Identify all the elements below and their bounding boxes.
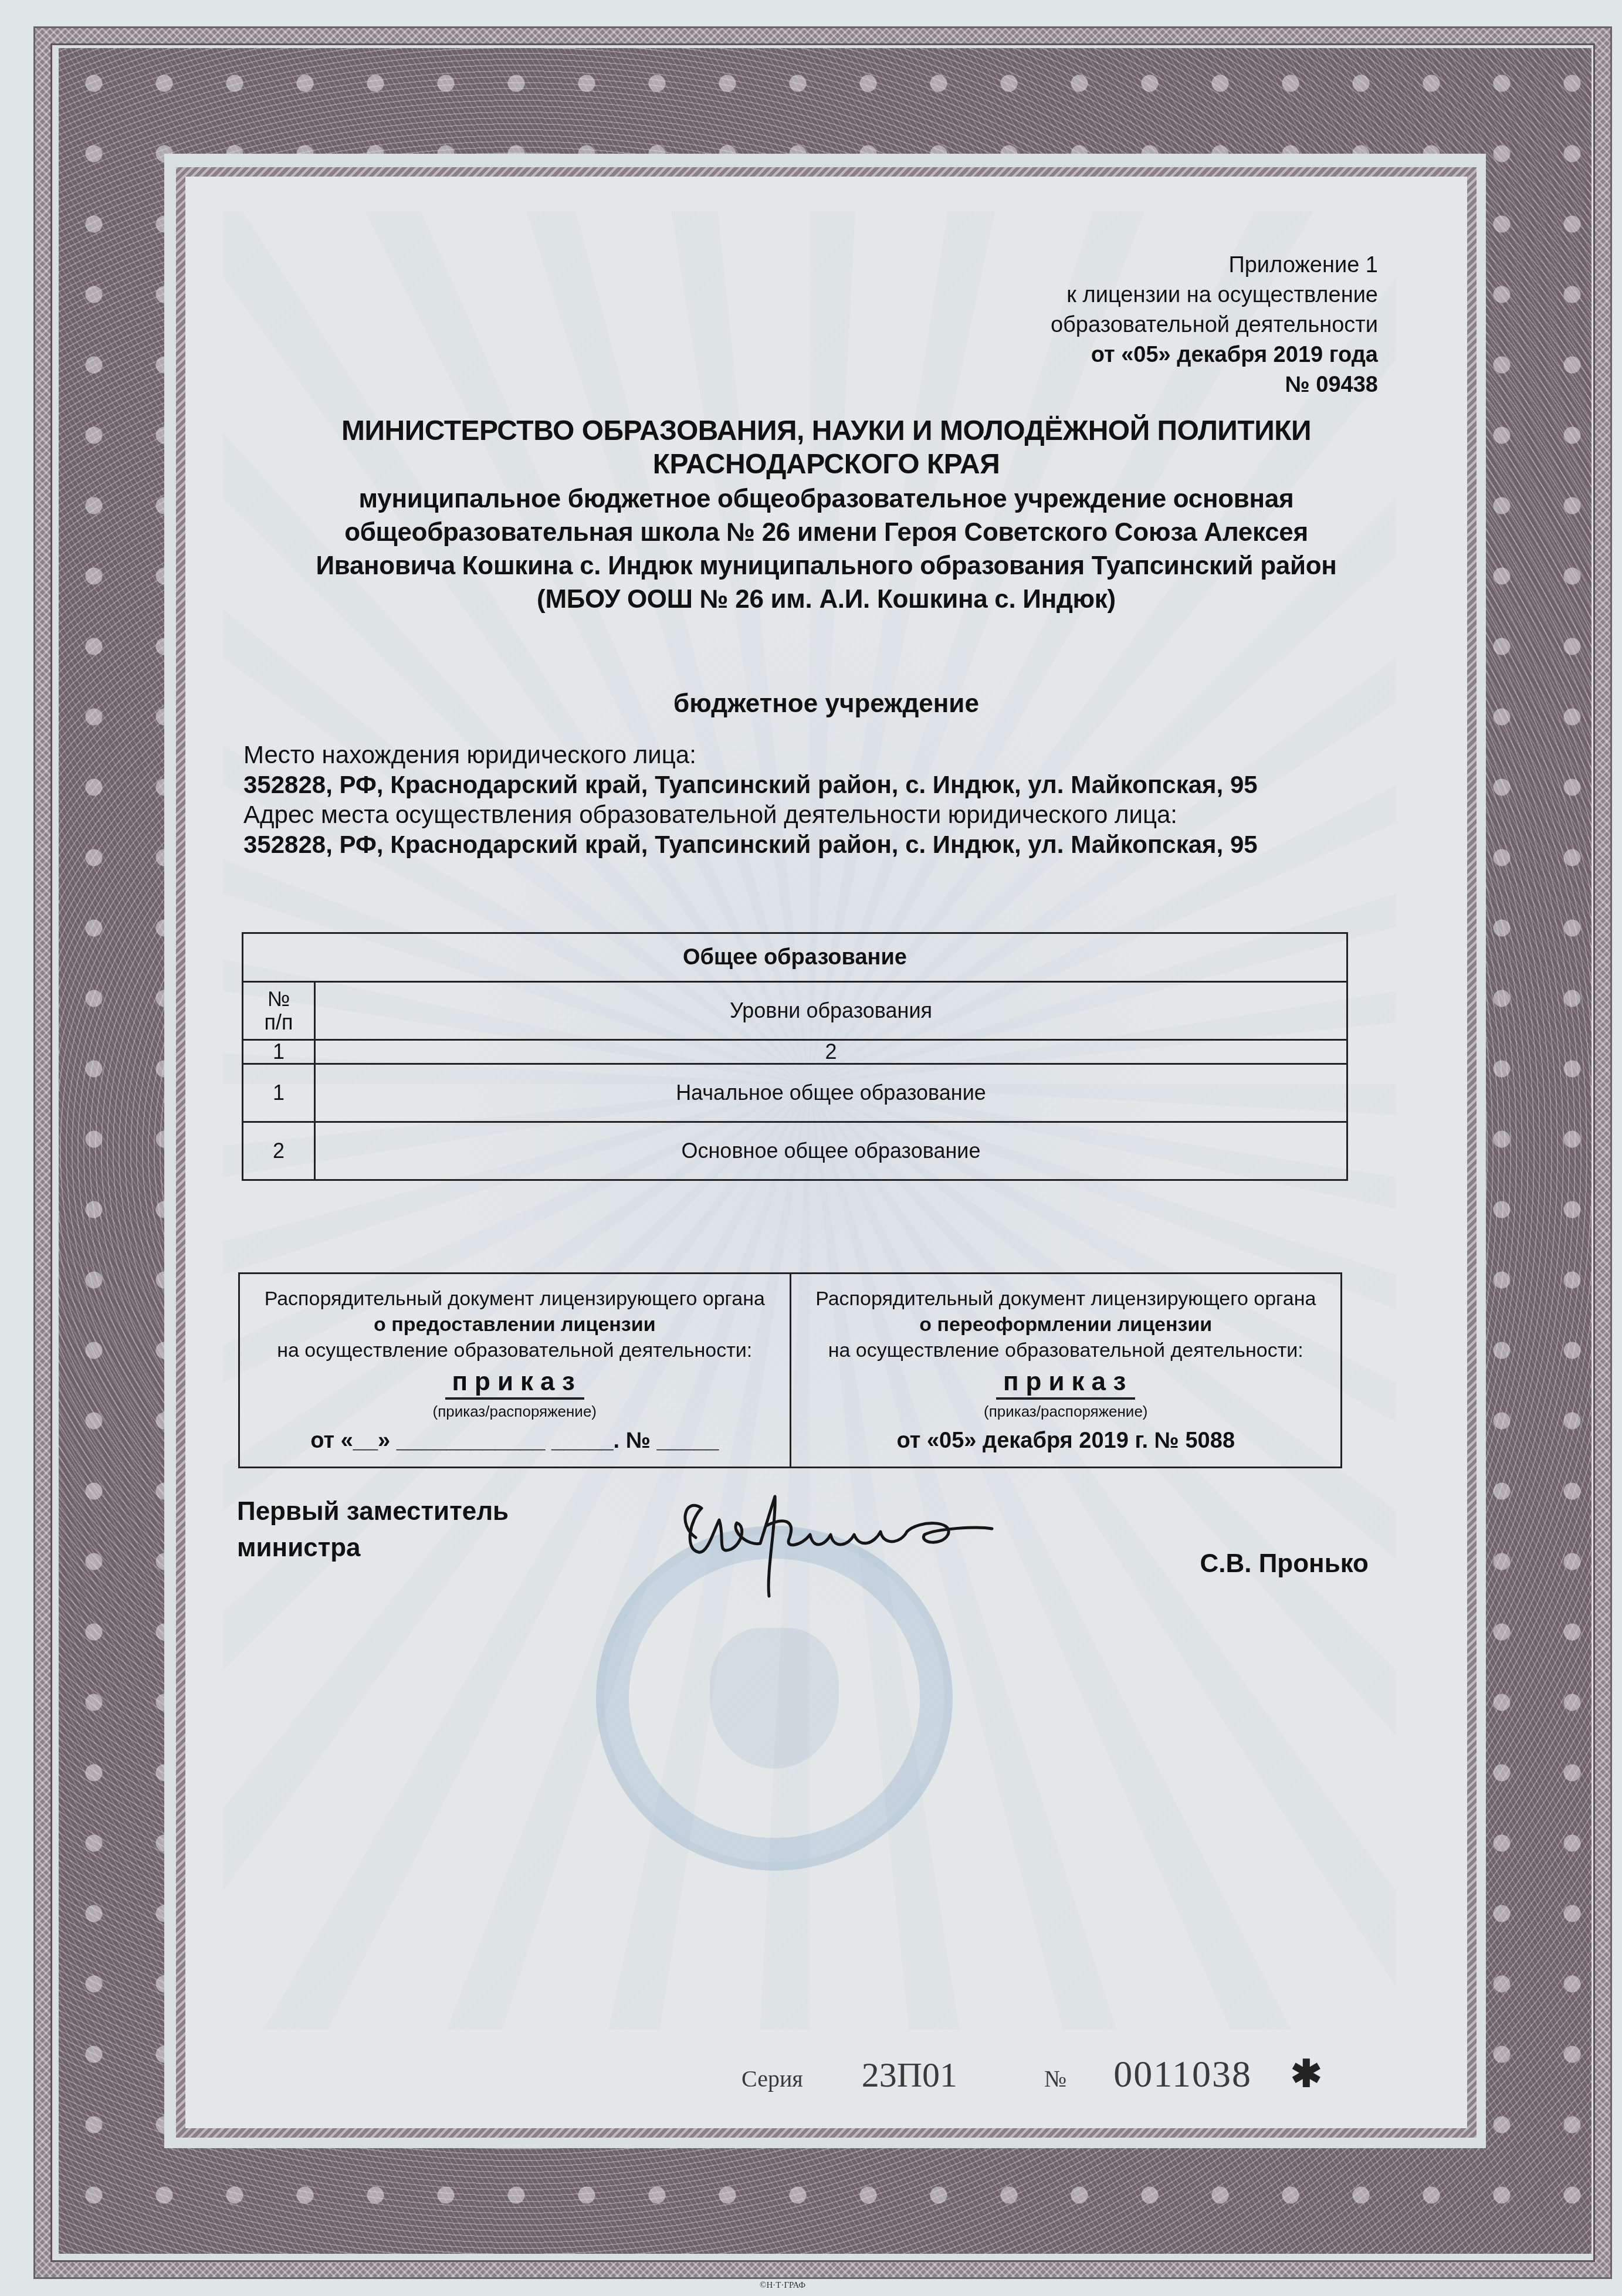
document-body: Приложение 1 к лицензии на осуществление…	[185, 177, 1467, 2128]
table-row: 1 Начальное общее образование	[243, 1064, 1347, 1122]
appendix-line: образовательной деятельности	[1051, 310, 1378, 340]
appendix-line: к лицензии на осуществление	[1051, 280, 1378, 310]
activity-address-value: 352828, РФ, Краснодарский край, Туапсинс…	[243, 829, 1258, 859]
number-label: №	[1044, 2065, 1066, 2092]
printer-imprint: ©Н·Т·ГРАФ	[760, 2281, 805, 2291]
license-sheet: Приложение 1 к лицензии на осуществление…	[0, 0, 1622, 2296]
column-header-number: № п/п	[243, 982, 315, 1040]
appendix-date: от «05» декабря 2019 года	[1051, 340, 1378, 370]
order-type: приказ	[445, 1368, 584, 1400]
column-index: 2	[315, 1040, 1347, 1064]
signatory-title: Первый заместитель министра	[237, 1494, 509, 1566]
education-levels-table: Общее образование № п/п Уровни образован…	[242, 932, 1348, 1181]
orders-table: Распорядительный документ лицензирующего…	[238, 1272, 1342, 1468]
appendix-block: Приложение 1 к лицензии на осуществление…	[1051, 250, 1378, 400]
issuer-heading: МИНИСТЕРСТВО ОБРАЗОВАНИЯ, НАУКИ И МОЛОДЁ…	[185, 414, 1467, 616]
grant-order-cell: Распорядительный документ лицензирующего…	[240, 1274, 790, 1467]
asterisk-mark-icon: ✱	[1291, 2053, 1322, 2096]
series-code: 23П01	[862, 2055, 957, 2095]
appendix-title: Приложение 1	[1051, 250, 1378, 280]
order-type-hint: (приказ/распоряжение)	[791, 1400, 1341, 1423]
blank-number: 0011038	[1113, 2053, 1252, 2096]
series-label: Серия	[741, 2065, 803, 2092]
blank-series: Серия 23П01 № 0011038 ✱	[741, 2053, 1322, 2096]
table-row: 2 Основное общее образование	[243, 1122, 1347, 1180]
order-date: от «__» ____________ _____. № _____	[240, 1428, 790, 1454]
order-date: от «05» декабря 2019 г. № 5088	[791, 1428, 1341, 1454]
legal-address-value: 352828, РФ, Краснодарский край, Туапсинс…	[243, 770, 1258, 800]
order-type-hint: (приказ/распоряжение)	[240, 1400, 790, 1423]
signatory-name: С.В. Пронько	[1200, 1549, 1369, 1579]
reissue-order-cell: Распорядительный документ лицензирующего…	[790, 1274, 1341, 1467]
row-level: Начальное общее образование	[315, 1064, 1347, 1122]
row-level: Основное общее образование	[315, 1122, 1347, 1180]
organization-short-name: (МБОУ ООШ № 26 им. А.И. Кошкина с. Индюк…	[185, 583, 1467, 616]
activity-address-label: Адрес места осуществления образовательно…	[243, 800, 1258, 829]
coat-of-arms-icon	[710, 1628, 839, 1769]
institution-kind: бюджетное учреждение	[185, 689, 1467, 719]
table-title: Общее образование	[243, 933, 1347, 982]
column-index: 1	[243, 1040, 315, 1064]
legal-address-label: Место нахождения юридического лица:	[243, 740, 1258, 770]
ministry-name: МИНИСТЕРСТВО ОБРАЗОВАНИЯ, НАУКИ И МОЛОДЁ…	[185, 414, 1467, 481]
organization-name: муниципальное бюджетное общеобразователь…	[185, 482, 1467, 616]
signature-icon	[672, 1485, 1001, 1602]
address-block: Место нахождения юридического лица: 3528…	[243, 740, 1258, 859]
row-number: 1	[243, 1064, 315, 1122]
appendix-number: № 09438	[1051, 370, 1378, 400]
order-type: приказ	[996, 1368, 1135, 1400]
row-number: 2	[243, 1122, 315, 1180]
column-header-level: Уровни образования	[315, 982, 1347, 1040]
